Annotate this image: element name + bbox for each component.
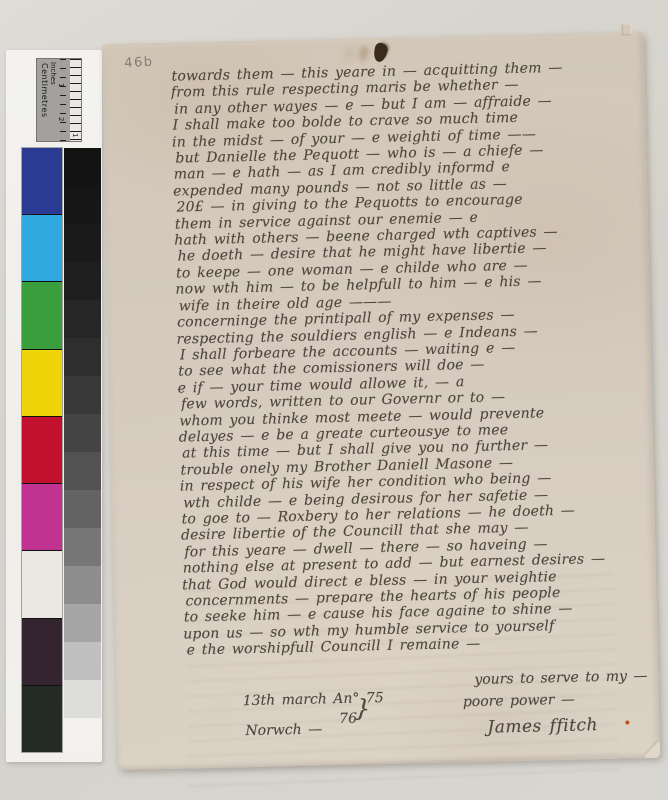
ruler-patch: Inches Centimetres 1 2 1 xyxy=(36,58,82,142)
color-patch xyxy=(22,686,62,752)
corner-fold xyxy=(645,742,660,758)
grayscale-step xyxy=(64,642,101,680)
letter-closing: 13th march An° 75 } 76 Norwch — yours to… xyxy=(242,666,668,787)
ruler-centimetres-label: Centimetres xyxy=(40,63,48,118)
manuscript-page: 46b towards them — this yeare in — acqui… xyxy=(102,32,660,770)
place-line: Norwch — xyxy=(245,721,322,739)
ruler-number-2: 2 xyxy=(57,117,65,121)
grayscale-step xyxy=(64,604,101,642)
alt-year: 76 xyxy=(339,711,357,727)
grayscale-step xyxy=(64,262,101,300)
ruler-inch-ticks xyxy=(70,59,81,141)
color-patch xyxy=(22,417,62,483)
ink-blot xyxy=(372,42,389,63)
letter-body: towards them — this yeare in — acquittin… xyxy=(170,58,655,659)
red-speck xyxy=(625,720,629,724)
grayscale-step xyxy=(64,566,101,604)
valediction-line-1: yours to serve to my — xyxy=(474,668,647,688)
folio-number: 46b xyxy=(124,55,154,72)
grayscale-step xyxy=(64,224,101,262)
grayscale-step xyxy=(64,528,101,566)
color-patch xyxy=(22,350,62,416)
color-patch xyxy=(22,551,62,617)
grayscale-step xyxy=(64,452,101,490)
color-calibration-strip xyxy=(22,148,62,752)
grayscale-step xyxy=(64,718,101,756)
grayscale-step xyxy=(64,376,101,414)
photo-stage: Inches Centimetres 1 2 1 46b towards the… xyxy=(0,0,668,800)
grayscale-step xyxy=(64,338,101,376)
valediction-line-2: poore power — xyxy=(463,692,575,711)
grayscale-step xyxy=(64,186,101,224)
ruler-inch-number: 1 xyxy=(71,133,79,137)
grayscale-step xyxy=(64,414,101,452)
ruler-number-1: 1 xyxy=(57,83,65,87)
signature: James ffitch xyxy=(487,715,598,738)
grayscale-step xyxy=(64,680,101,718)
grayscale-step xyxy=(64,148,101,186)
paper-tab xyxy=(621,23,631,35)
color-patch xyxy=(22,484,62,550)
color-patch xyxy=(22,215,62,281)
ruler-inches-label: Inches xyxy=(49,62,56,85)
color-patch xyxy=(22,619,62,685)
ruler-cm-ticks xyxy=(60,59,66,141)
grayscale-wedge xyxy=(64,148,101,756)
grayscale-step xyxy=(64,490,101,528)
grayscale-step xyxy=(64,300,101,338)
color-patch xyxy=(22,148,62,214)
color-patch xyxy=(22,282,62,348)
calibration-card: Inches Centimetres 1 2 1 xyxy=(6,50,102,762)
